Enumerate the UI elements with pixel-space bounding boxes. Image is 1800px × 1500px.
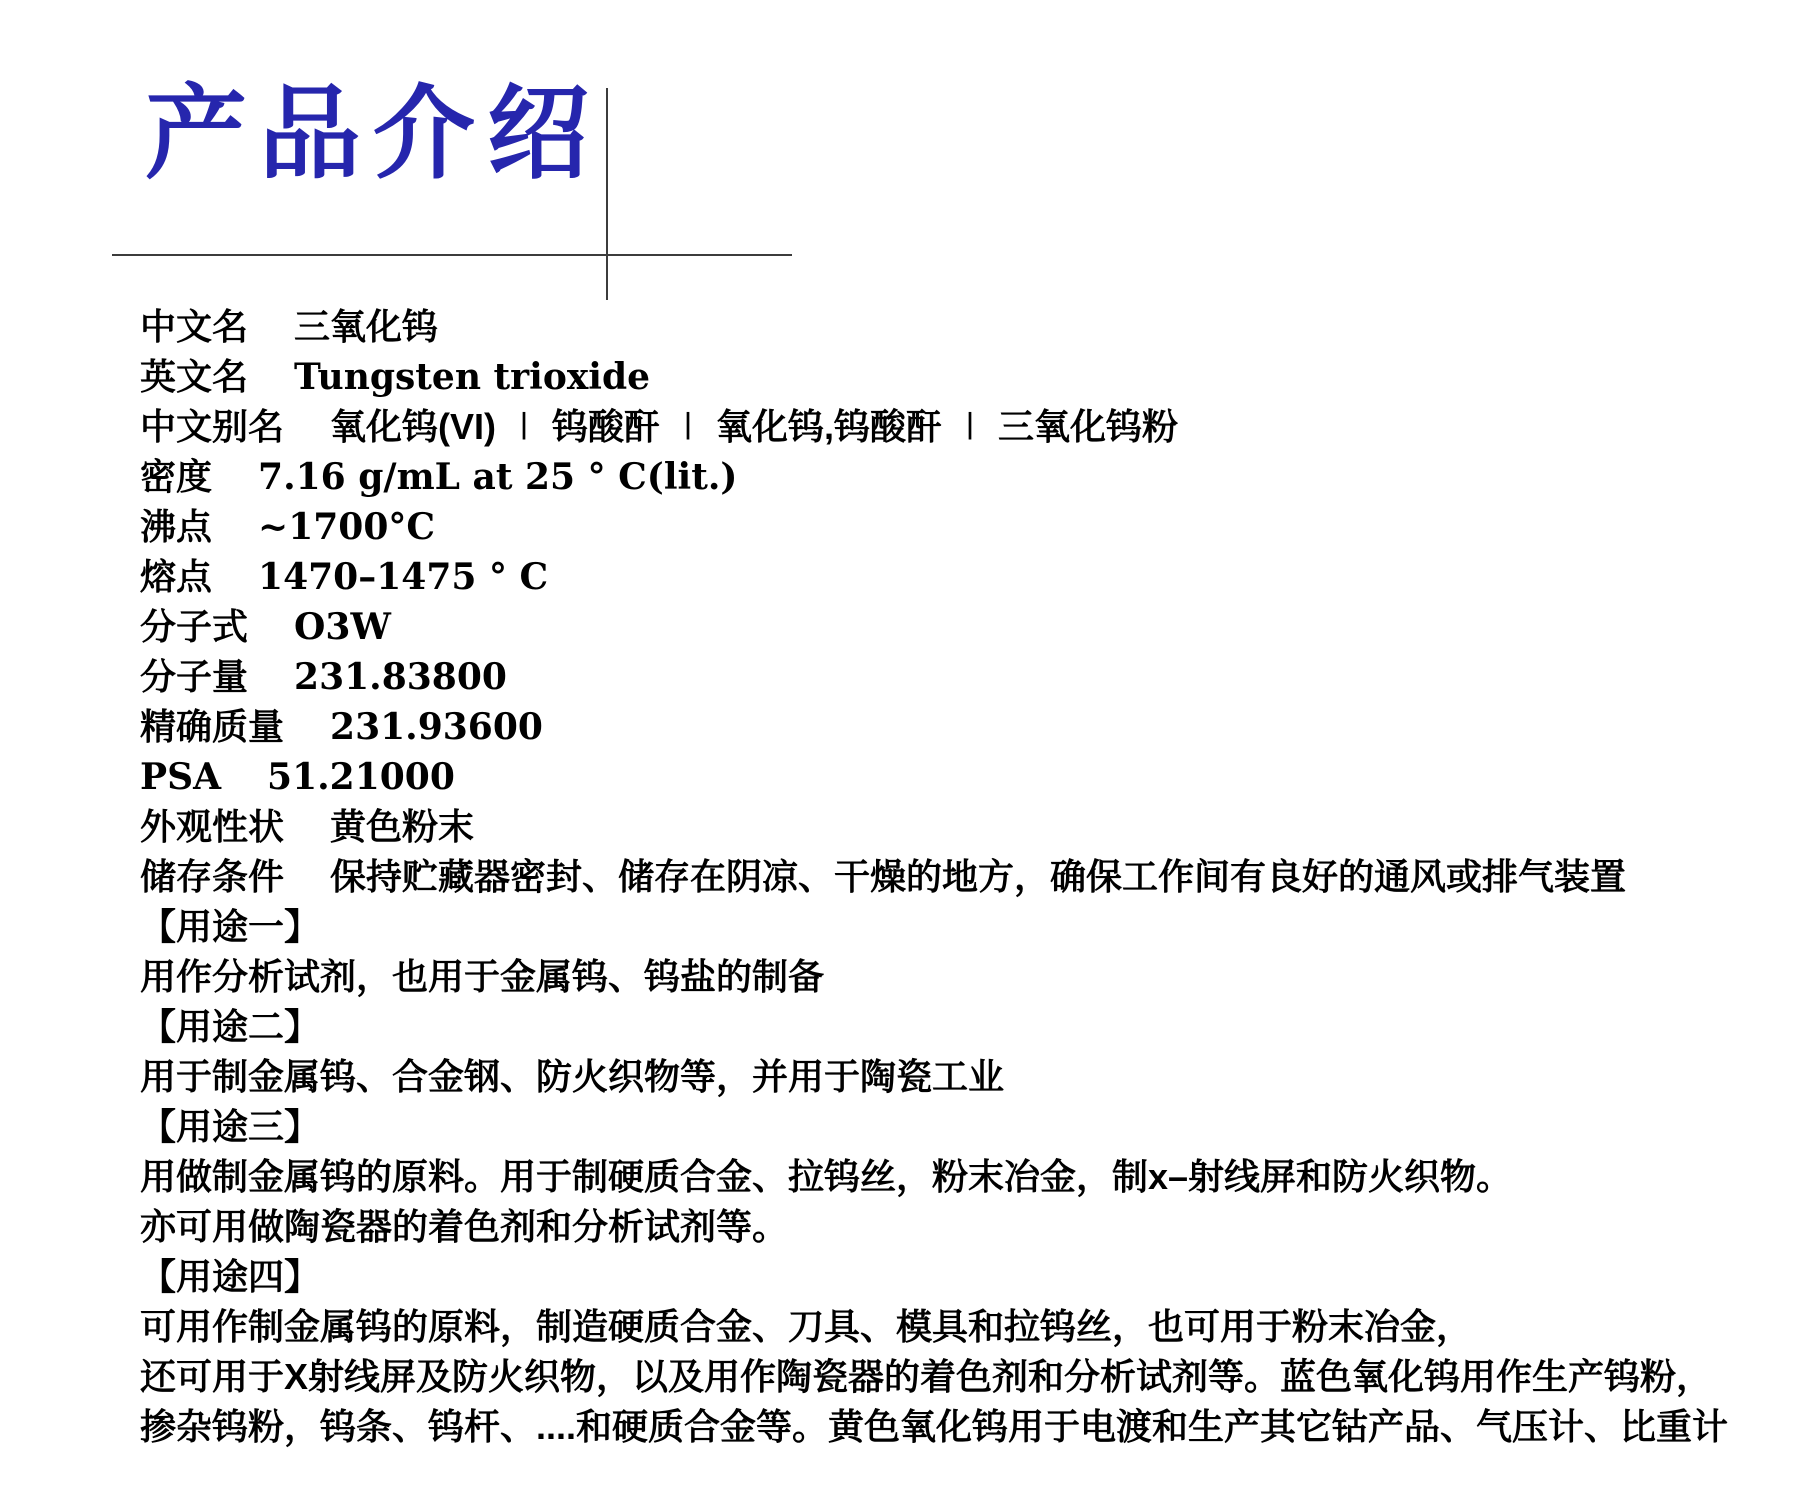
property-row: 分子量 231.83800 [140,652,1728,702]
property-value: 三氧化钨 [294,306,438,347]
property-label: 英文名 [140,356,248,397]
usage-heading: 【用途一】 [140,902,1728,952]
property-row: 中文别名 氧化钨(VI) ∣ 钨酸酐 ∣ 氧化钨,钨酸酐 ∣ 三氧化钨粉 [140,402,1728,452]
property-row: 中文名 三氧化钨 [140,302,1728,352]
property-value: 231.83800 [294,656,507,698]
property-label: 外观性状 [140,806,284,847]
usage-section: 【用途四】 可用作制金属钨的原料，制造硬质合金、刀具、模具和拉钨丝，也可用于粉末… [140,1252,1728,1452]
property-row: 密度 7.16 g/mL at 25 ° C(lit.) [140,452,1728,502]
product-intro-page: 产品介绍 中文名 三氧化钨 英文名 Tungsten trioxide 中文别名… [0,0,1800,1500]
property-label: 熔点 [140,556,212,597]
property-value: 51.21000 [267,756,455,798]
property-label: PSA [140,756,221,798]
property-label: 储存条件 [140,856,284,897]
property-row: 熔点 1470–1475 ° C [140,552,1728,602]
property-label: 精确质量 [140,706,284,747]
property-row: 英文名 Tungsten trioxide [140,352,1728,402]
property-label: 沸点 [140,506,212,547]
usage-heading: 【用途二】 [140,1002,1728,1052]
usage-line: 可用作制金属钨的原料，制造硬质合金、刀具、模具和拉钨丝，也可用于粉末冶金， [140,1302,1728,1352]
property-value: 氧化钨(VI) ∣ 钨酸酐 ∣ 氧化钨,钨酸酐 ∣ 三氧化钨粉 [330,406,1178,447]
property-value: ~1700°C [258,506,435,548]
property-row: 沸点 ~1700°C [140,502,1728,552]
property-label: 中文名 [140,306,248,347]
property-label: 密度 [140,456,212,497]
usage-heading: 【用途四】 [140,1252,1728,1302]
property-value: O3W [294,606,391,648]
property-value: Tungsten trioxide [294,356,650,398]
usage-heading: 【用途三】 [140,1102,1728,1152]
usage-line: 用作分析试剂，也用于金属钨、钨盐的制备 [140,952,1728,1002]
property-label: 分子式 [140,606,248,647]
usage-line: 掺杂钨粉，钨条、钨杆、....和硬质合金等。黄色氧化钨用于电渡和生产其它钴产品、… [140,1402,1728,1452]
property-value: 231.93600 [330,706,543,748]
usage-line: 还可用于X射线屏及防火织物，以及用作陶瓷器的着色剂和分析试剂等。蓝色氧化钨用作生… [140,1352,1728,1402]
usage-line: 用于制金属钨、合金钢、防火织物等，并用于陶瓷工业 [140,1052,1728,1102]
property-label: 中文别名 [140,406,284,447]
property-label: 分子量 [140,656,248,697]
header-vertical-rule [606,88,608,300]
property-row: PSA 51.21000 [140,752,1728,802]
usage-line: 用做制金属钨的原料。用于制硬质合金、拉钨丝，粉末冶金，制x–射线屏和防火织物。 [140,1152,1728,1202]
usage-line: 亦可用做陶瓷器的着色剂和分析试剂等。 [140,1202,1728,1252]
property-value: 保持贮藏器密封、储存在阴凉、干燥的地方，确保工作间有良好的通风或排气装置 [330,856,1626,897]
property-value: 黄色粉末 [330,806,474,847]
property-list: 中文名 三氧化钨 英文名 Tungsten trioxide 中文别名 氧化钨(… [140,302,1728,902]
property-row: 分子式 O3W [140,602,1728,652]
usage-section: 【用途一】 用作分析试剂，也用于金属钨、钨盐的制备 [140,902,1728,1002]
property-row: 精确质量 231.93600 [140,702,1728,752]
product-details: 中文名 三氧化钨 英文名 Tungsten trioxide 中文别名 氧化钨(… [140,302,1728,1452]
property-value: 7.16 g/mL at 25 ° C(lit.) [258,456,737,498]
property-value: 1470–1475 ° C [258,556,548,598]
page-title: 产品介绍 [145,78,601,190]
usage-section: 【用途三】 用做制金属钨的原料。用于制硬质合金、拉钨丝，粉末冶金，制x–射线屏和… [140,1102,1728,1252]
usage-list: 【用途一】 用作分析试剂，也用于金属钨、钨盐的制备 【用途二】 用于制金属钨、合… [140,902,1728,1452]
property-row: 外观性状 黄色粉末 [140,802,1728,852]
property-row: 储存条件 保持贮藏器密封、储存在阴凉、干燥的地方，确保工作间有良好的通风或排气装… [140,852,1728,902]
usage-section: 【用途二】 用于制金属钨、合金钢、防火织物等，并用于陶瓷工业 [140,1002,1728,1102]
header-horizontal-rule [112,254,792,256]
